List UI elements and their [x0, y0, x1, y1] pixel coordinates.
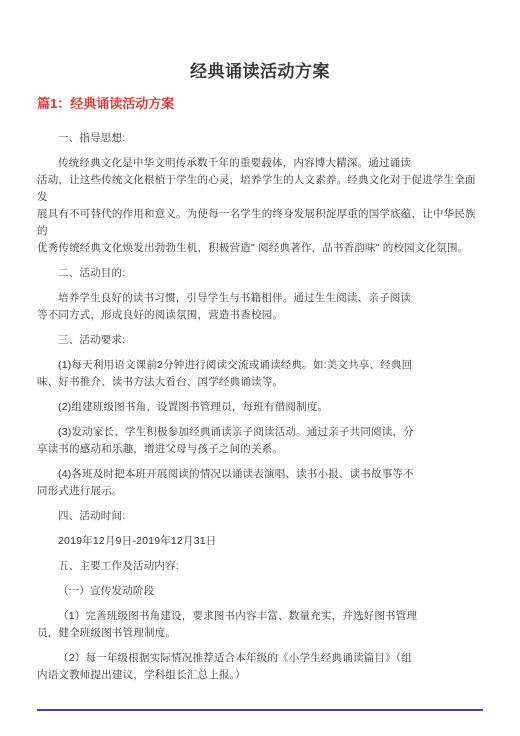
paragraph-date: 2019年12月9日-2019年12月31日: [37, 533, 483, 550]
paragraph-heading: 一、指导思想:: [37, 130, 483, 147]
paragraph: (3)发动家长、学生积极参加经典诵读亲子阅读活动。通过亲子共同阅读，分 享读书的…: [37, 424, 483, 458]
paragraph-heading: 三、活动要求:: [37, 332, 483, 349]
paragraph-heading: 二、活动目的:: [37, 265, 483, 282]
paragraph: (2)组建班级图书角，设置图书管理员，每班有借阅制度。: [37, 399, 483, 416]
page-title: 经典诵读活动方案: [0, 0, 520, 82]
bottom-divider: [37, 709, 483, 711]
paragraph-heading: 五、主要工作及活动内容:: [37, 558, 483, 575]
paragraph: (4)各班及时把本班开展阅读的情况以诵读表演唱、读书小报、读书故事等不 同形式进…: [37, 466, 483, 500]
paragraph: （2）每一年级根据实际情况推荐适合本年级的《小学生经典诵读篇目》（组 内语文教师…: [37, 650, 483, 684]
paragraph: (1)每天利用语文课前2分钟进行阅读交流或诵读经典。如:美文共享、经典回 味、好…: [37, 357, 483, 391]
paragraph-heading: （一）宣传发动阶段: [37, 583, 483, 600]
paragraph: 传统经典文化是中华文明传承数千年的重要载体，内容博大精深。通过诵读 活动，让这些…: [37, 155, 483, 257]
section-heading: 篇1：经典诵读活动方案: [37, 96, 483, 111]
paragraph: （1）完善班级图书角建设，要求图书内容丰富、数量充实，并选好图书管理 员，健全班…: [37, 608, 483, 642]
document-body: 一、指导思想: 传统经典文化是中华文明传承数千年的重要载体，内容博大精深。通过诵…: [37, 130, 483, 684]
paragraph: 培养学生良好的读书习惯，引导学生与书籍相伴。通过生生阅读、亲子阅读 等不同方式，…: [37, 290, 483, 324]
document-page: 经典诵读活动方案 篇1：经典诵读活动方案 一、指导思想: 传统经典文化是中华文明…: [0, 0, 520, 736]
paragraph-heading: 四、活动时间:: [37, 508, 483, 525]
